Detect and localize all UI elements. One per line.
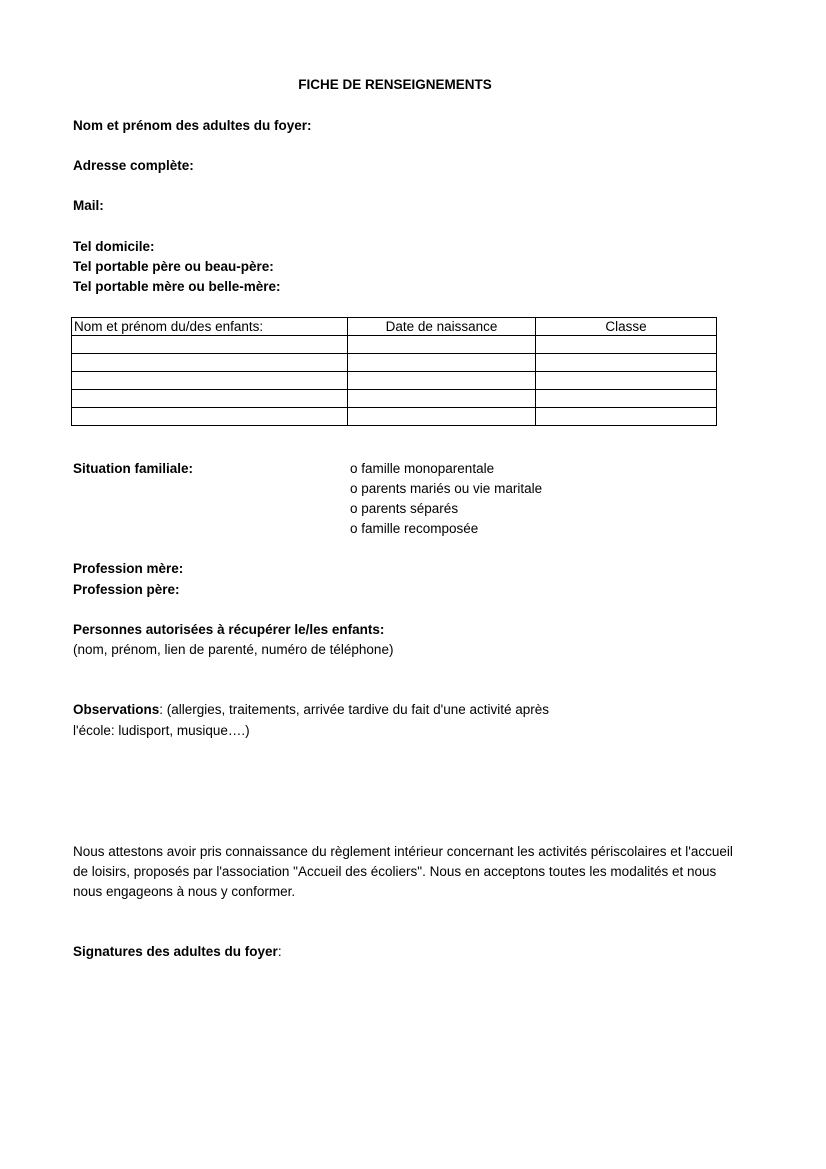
observations-label: Observations <box>73 702 159 717</box>
signatures-colon: : <box>278 944 282 959</box>
table-row <box>72 336 717 354</box>
profession-mother-label: Profession mère: <box>73 561 183 577</box>
table-header-row: Nom et prénom du/des enfants: Date de na… <box>72 318 717 336</box>
class-cell[interactable] <box>536 372 717 390</box>
option-separated[interactable]: o parents séparés <box>350 501 458 517</box>
attestation-text: Nous attestons avoir pris connaissance d… <box>73 842 733 902</box>
header-class: Classe <box>536 318 717 336</box>
tel-father-label: Tel portable père ou beau-père: <box>73 259 274 275</box>
adults-name-label: Nom et prénom des adultes du foyer: <box>73 118 312 134</box>
observations-line-2: l'école: ludisport, musique….) <box>73 723 250 739</box>
birth-date-cell[interactable] <box>348 372 536 390</box>
table-row <box>72 372 717 390</box>
header-birth-date: Date de naissance <box>348 318 536 336</box>
class-cell[interactable] <box>536 354 717 372</box>
child-name-cell[interactable] <box>72 390 348 408</box>
child-name-cell[interactable] <box>72 372 348 390</box>
profession-father-label: Profession père: <box>73 582 180 598</box>
address-label: Adresse complète: <box>73 158 194 174</box>
page-title: FICHE DE RENSEIGNEMENTS <box>0 77 790 93</box>
signatures-line: Signatures des adultes du foyer: <box>73 944 282 960</box>
child-name-cell[interactable] <box>72 336 348 354</box>
birth-date-cell[interactable] <box>348 390 536 408</box>
tel-mother-label: Tel portable mère ou belle-mère: <box>73 279 281 295</box>
child-name-cell[interactable] <box>72 354 348 372</box>
header-child-name: Nom et prénom du/des enfants: <box>72 318 348 336</box>
class-cell[interactable] <box>536 336 717 354</box>
authorized-persons-hint: (nom, prénom, lien de parenté, numéro de… <box>73 642 393 658</box>
children-table: Nom et prénom du/des enfants: Date de na… <box>71 317 717 426</box>
table-row <box>72 390 717 408</box>
signatures-label: Signatures des adultes du foyer <box>73 944 278 959</box>
class-cell[interactable] <box>536 408 717 426</box>
birth-date-cell[interactable] <box>348 336 536 354</box>
option-blended-family[interactable]: o famille recomposée <box>350 521 478 537</box>
observations-hint: : (allergies, traitements, arrivée tardi… <box>159 702 549 717</box>
class-cell[interactable] <box>536 390 717 408</box>
observations-line-1: Observations: (allergies, traitements, a… <box>73 702 549 718</box>
authorized-persons-label: Personnes autorisées à récupérer le/les … <box>73 622 384 638</box>
family-situation-label: Situation familiale: <box>73 461 193 477</box>
mail-label: Mail: <box>73 198 104 214</box>
table-row <box>72 408 717 426</box>
birth-date-cell[interactable] <box>348 408 536 426</box>
option-single-parent[interactable]: o famille monoparentale <box>350 461 494 477</box>
child-name-cell[interactable] <box>72 408 348 426</box>
table-row <box>72 354 717 372</box>
option-married[interactable]: o parents mariés ou vie maritale <box>350 481 542 497</box>
tel-home-label: Tel domicile: <box>73 239 155 255</box>
birth-date-cell[interactable] <box>348 354 536 372</box>
